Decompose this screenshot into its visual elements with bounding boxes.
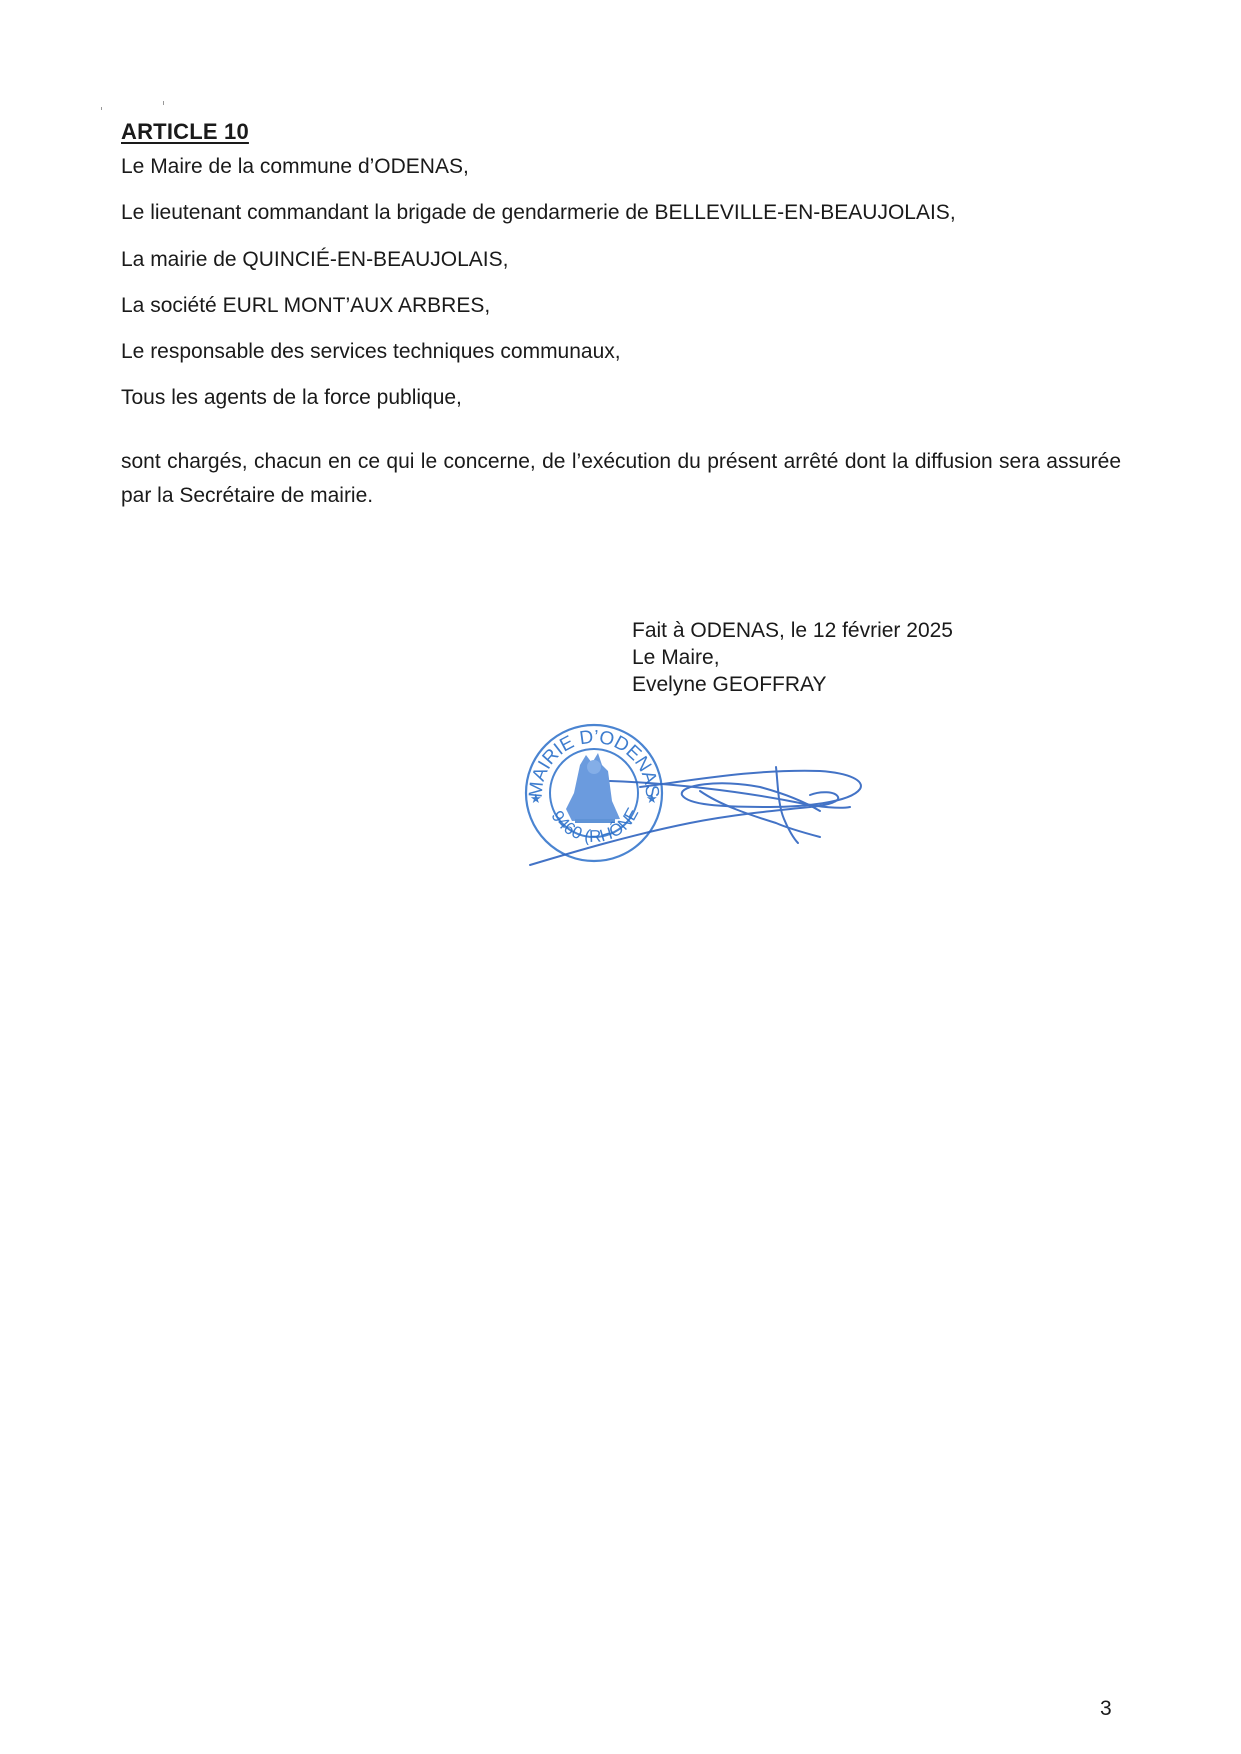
- article-heading: ARTICLE 10: [121, 119, 249, 145]
- addressee-line: La mairie de QUINCIÉ-EN-BEAUJOLAIS,: [121, 248, 508, 272]
- addressee-line: Le lieutenant commandant la brigade de g…: [121, 201, 956, 225]
- signature-block: Fait à ODENAS, le 12 février 2025 Le Mai…: [632, 617, 953, 698]
- signatory-name: Evelyne GEOFFRAY: [632, 671, 953, 698]
- svg-text:★: ★: [646, 791, 658, 806]
- addressee-line: Le Maire de la commune d’ODENAS,: [121, 155, 469, 179]
- scan-artifact: [163, 101, 164, 105]
- svg-text:★: ★: [530, 791, 542, 806]
- addressee-line: La société EURL MONT’AUX ARBRES,: [121, 294, 490, 318]
- closing-paragraph: sont chargés, chacun en ce qui le concer…: [121, 445, 1121, 513]
- place-date: Fait à ODENAS, le 12 février 2025: [632, 617, 953, 644]
- scan-artifact: [101, 107, 102, 110]
- page-number: 3: [1100, 1697, 1112, 1721]
- addressee-line: Le responsable des services techniques c…: [121, 340, 621, 364]
- signatory-title: Le Maire,: [632, 644, 953, 671]
- document-page: ARTICLE 10 Le Maire de la commune d’ODEN…: [0, 0, 1241, 1754]
- official-seal-icon: MAIRIE D’ODENAS 69460 (RHÔNE) ★ ★: [520, 715, 890, 875]
- addressee-line: Tous les agents de la force publique,: [121, 386, 462, 410]
